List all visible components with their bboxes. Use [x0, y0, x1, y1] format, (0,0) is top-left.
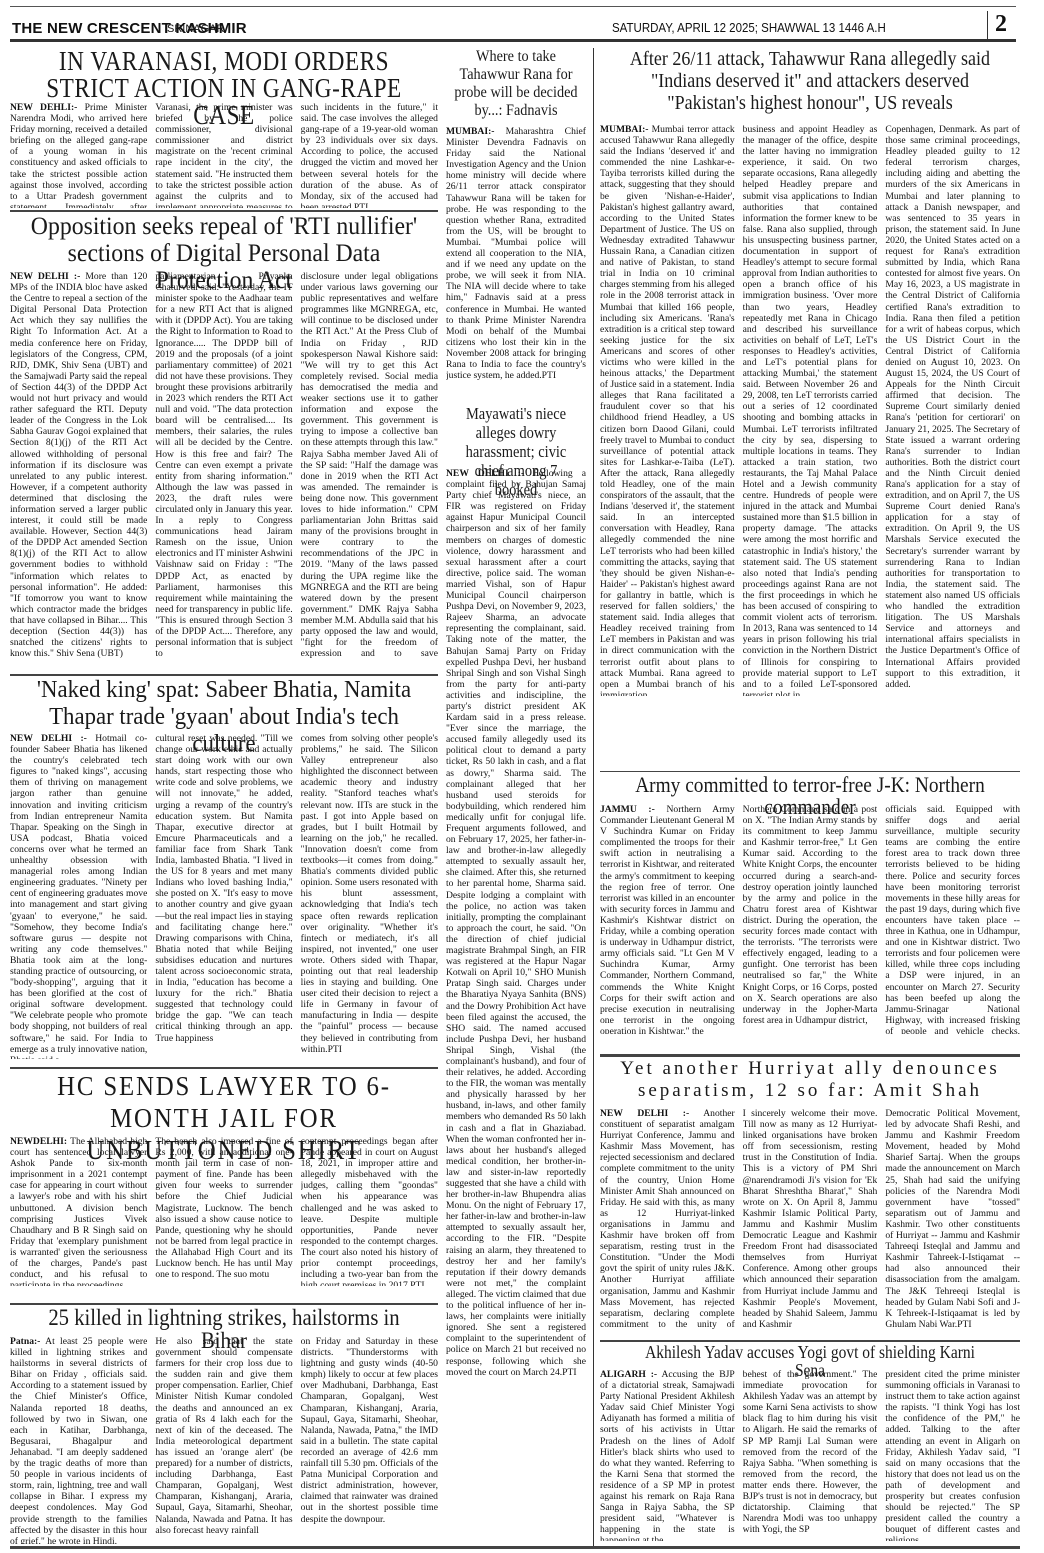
divider	[10, 674, 438, 676]
divider	[10, 210, 438, 212]
story-body: NEW DELHI :- Hotmail co-founder Sabeer B…	[10, 733, 438, 1059]
story-varanasi: IN VARANASI, MODI ORDERS STRICT ACTION I…	[10, 48, 438, 208]
column: NEW DELHI :- Hotmail co-founder Sabeer B…	[10, 733, 147, 1059]
story-body: JAMMU :- Northern Army Commander Lieuten…	[600, 804, 1020, 1034]
column: business and appoint Headley as the mana…	[743, 124, 878, 696]
dateline: NEW DELHI :-	[10, 271, 80, 282]
headline: Mayawati's niece alleges dowry harassmen…	[457, 404, 576, 464]
column-text: Another constituent of separatist amalga…	[600, 1108, 735, 1330]
page-number: 2	[995, 11, 1007, 38]
divider	[987, 11, 988, 39]
story-body: NEW DELHI :- Another constituent of sepa…	[600, 1108, 1020, 1330]
column: officials said. Equipped with sniffer do…	[885, 804, 1020, 1034]
story-mayawati: Mayawati's niece alleges dowry harassmen…	[446, 404, 586, 1544]
dateline: ALIGARH :-	[600, 1369, 657, 1380]
story-body: ALIGARH :- Accusing the BJP of a dictato…	[600, 1369, 1020, 1541]
column: He also said that the state government s…	[155, 1336, 292, 1544]
column: president cited the prime minister summo…	[885, 1369, 1020, 1541]
dateline: MUMBAI:-	[600, 124, 649, 135]
headline: Akhilesh Yadav accuses Yogi govt of shie…	[629, 1343, 990, 1367]
headline: Where to take Tahawwur Rana for probe wi…	[452, 48, 581, 124]
page-bottom-rule	[10, 1546, 1020, 1549]
column-text: parliamentarian Priyanka Chaturvedi said…	[155, 271, 292, 659]
dateline: NEW DELHI :-	[10, 733, 87, 744]
issue-date: SATURDAY, APRIL 12 2025; SHAWWAL 13 1446…	[612, 21, 886, 35]
column: Copenhagen, Denmark. As part of those sa…	[885, 124, 1020, 696]
column: cultural reset was needed. "Till we chan…	[155, 733, 292, 1059]
column: NEW DELHI :- More than 120 MPs of the IN…	[10, 271, 147, 659]
story-rana: After 26/11 attack, Tahawwur Rana allege…	[600, 48, 1020, 698]
dateline: JAMMU :-	[600, 804, 655, 815]
column-text: behest of the government." The immediate…	[743, 1369, 878, 1535]
column-text: More than 120 MPs of the INDIA bloc have…	[10, 271, 147, 659]
divider	[600, 1054, 1020, 1057]
story-akhilesh: Akhilesh Yadav accuses Yogi govt of shie…	[600, 1343, 1020, 1543]
story-body: NEW DELHI :- More than 120 MPs of the IN…	[10, 271, 438, 659]
headline: IN VARANASI, MODI ORDERS STRICT ACTION I…	[40, 48, 408, 100]
column: JAMMU :- Northern Army Commander Lieuten…	[600, 804, 735, 1034]
story-hurriyat: Yet another Hurriyat ally denounces sepa…	[600, 1058, 1020, 1334]
column-text: officials said. Equipped with sniffer do…	[885, 804, 1020, 1034]
story-body: Patna:- At least 25 people were killed i…	[10, 1336, 438, 1544]
headline: Army committed to terror-free J-K: North…	[625, 774, 995, 802]
column: Northern Command said in a post on X. "T…	[743, 804, 878, 1034]
column-text: At least 25 people were killed in lightn…	[10, 1336, 147, 1544]
column-text: Maharashtra Chief Minister Devendra Fadn…	[446, 126, 586, 381]
headline: 'Naked king' spat: Sabeer Bhatia, Namita…	[21, 677, 428, 731]
column: disclosure under legal obligations under…	[301, 271, 438, 659]
column: Democratic Political Movement, led by ad…	[885, 1108, 1020, 1330]
divider	[10, 1067, 438, 1069]
column: Patna:- At least 25 people were killed i…	[10, 1336, 147, 1544]
headline: After 26/11 attack, Tahawwur Rana allege…	[621, 48, 999, 122]
edition-city: SRINAGAR	[167, 23, 224, 35]
column-text: Hotmail co-founder Sabeer Bhatia has lik…	[10, 733, 147, 1059]
column: behest of the government." The immediate…	[743, 1369, 878, 1541]
column: on Friday and Saturday in these district…	[301, 1336, 438, 1544]
story-body: NEW DELHI :- Following a complaint filed…	[446, 468, 586, 1542]
divider	[593, 48, 594, 1548]
column-text: Northern Army Commander Lieutenant Gener…	[600, 804, 735, 1034]
column-text: Following a complaint filed by Bahujan S…	[446, 468, 586, 1378]
story-bhatia: 'Naked king' spat: Sabeer Bhatia, Namita…	[10, 677, 438, 1061]
column: I sincerely welcome their move. Till now…	[743, 1108, 878, 1330]
column-text: such incidents in the future," it said. …	[301, 102, 438, 208]
dateline: NEWDELHI:	[10, 1136, 67, 1147]
headline: Yet another Hurriyat ally denounces sepa…	[600, 1058, 1020, 1106]
masthead: THE NEW CRESCENT KASHMIR SRINAGAR SATURD…	[10, 6, 1016, 42]
column-text: Democratic Political Movement, led by ad…	[885, 1108, 1020, 1330]
headline: Opposition seeks repeal of 'RTI nullifie…	[21, 213, 428, 269]
column: comes from solving other people's proble…	[301, 733, 438, 1059]
column-text: I sincerely welcome their move. Till now…	[743, 1108, 878, 1330]
column-text: Accusing the BJP of a dictatorial streak…	[600, 1369, 735, 1541]
column-text: cultural reset was needed. "Till we chan…	[155, 733, 292, 1044]
column-text: on Friday and Saturday in these district…	[301, 1336, 438, 1525]
column-text: business and appoint Headley as the mana…	[743, 124, 878, 696]
dateline: MUMBAI:-	[446, 126, 495, 137]
column: NEW DELHI :- Another constituent of sepa…	[600, 1108, 735, 1330]
column-text: disclosure under legal obligations under…	[301, 271, 438, 659]
column-text: Northern Command said in a post on X. "T…	[743, 804, 878, 1026]
dateline: NEW DELHI :-	[600, 1108, 689, 1119]
story-body: MUMBAI:- Maharashtra Chief Minister Deve…	[446, 126, 586, 394]
headline: 25 killed in lightning strikes, hailstor…	[31, 1306, 416, 1334]
column-text: comes from solving other people's proble…	[301, 733, 438, 1055]
column: ALIGARH :- Accusing the BJP of a dictato…	[600, 1369, 735, 1541]
column-text: Prime Minister Narendra Modi, who arrive…	[10, 102, 147, 208]
column: parliamentarian Priyanka Chaturvedi said…	[155, 271, 292, 659]
story-army: Army committed to terror-free J-K: North…	[600, 774, 1020, 1044]
column: MUMBAI:- Mumbai terror attack accused Ta…	[600, 124, 735, 696]
dateline: Patna:-	[10, 1336, 40, 1347]
story-hc-lawyer: HC SENDS LAWYER TO 6-MONTH JAIL FOR UNBU…	[10, 1070, 438, 1290]
column-text: Copenhagen, Denmark. As part of those sa…	[885, 124, 1020, 690]
story-body: MUMBAI:- Mumbai terror attack accused Ta…	[600, 124, 1020, 696]
dateline: NEW DEHLI:-	[10, 102, 77, 113]
headline: HC SENDS LAWYER TO 6-MONTH JAIL FOR UNBU…	[27, 1070, 421, 1134]
story-bihar: 25 killed in lightning strikes, hailstor…	[10, 1306, 438, 1544]
column: NEW DEHLI:- Prime Minister Narendra Modi…	[10, 102, 147, 208]
column-text: Mumbai terror attack accused Tahawwur Ra…	[600, 124, 735, 696]
story-fadnavis: Where to take Tahawwur Rana for probe wi…	[446, 48, 586, 398]
column-text: He also said that the state government s…	[155, 1336, 292, 1536]
column-text: president cited the prime minister summo…	[885, 1369, 1020, 1541]
column: such incidents in the future," it said. …	[301, 102, 438, 208]
story-rti: Opposition seeks repeal of 'RTI nullifie…	[10, 213, 438, 661]
